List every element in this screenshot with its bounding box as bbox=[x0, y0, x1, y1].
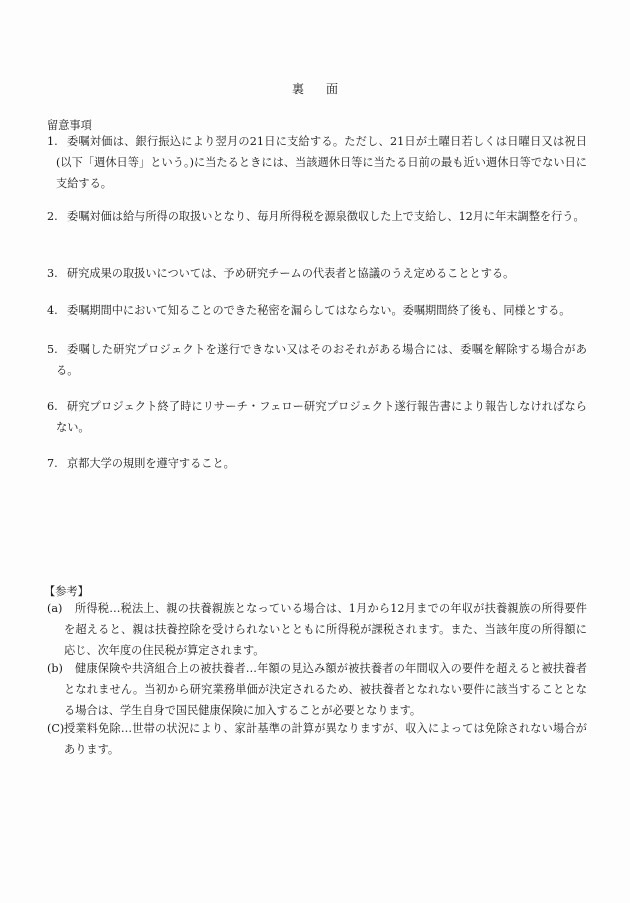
reference-item-b: (b) 健康保険や共済組合上の被扶養者…年額の見込み額が被扶養者の年間収入の要件… bbox=[47, 658, 587, 721]
note-item-5: 5. 委嘱した研究プロジェクトを遂行できない又はそのおそれがある場合には、委嘱を… bbox=[47, 339, 587, 381]
reference-item-a: (a) 所得税…税法上、親の扶養親族となっている場合は、1月から12月までの年収… bbox=[47, 598, 587, 661]
note-item-4: 4. 委嘱期間中において知ることのできた秘密を漏らしてはならない。委嘱期間終了後… bbox=[47, 300, 587, 321]
document-page: 裏面 留意事項 1. 委嘱対価は、銀行振込により翌月の21日に支給する。ただし、… bbox=[0, 0, 630, 903]
note-number: 4. bbox=[47, 300, 58, 321]
note-number: 2. bbox=[47, 206, 58, 227]
note-text: 研究成果の取扱いについては、予め研究チームの代表者と協議のうえ定めることとする。 bbox=[47, 263, 587, 284]
reference-item-c: (C) 授業料免除…世帯の状況により、家計基準の計算が異なりますが、収入によって… bbox=[47, 718, 587, 760]
reference-text: 健康保険や共済組合上の被扶養者…年額の見込み額が被扶養者の年間収入の要件を超える… bbox=[47, 658, 587, 721]
note-item-7: 7. 京都大学の規則を遵守すること。 bbox=[47, 453, 587, 474]
note-text: 委嘱した研究プロジェクトを遂行できない又はそのおそれがある場合には、委嘱を解除す… bbox=[47, 339, 587, 381]
reference-heading: 【参考】 bbox=[44, 583, 89, 599]
reference-label: (b) bbox=[47, 658, 63, 679]
reference-text: 所得税…税法上、親の扶養親族となっている場合は、1月から12月までの年収が扶養親… bbox=[47, 598, 587, 661]
reference-label: (a) bbox=[47, 598, 62, 619]
note-text: 委嘱対価は、銀行振込により翌月の21日に支給する。ただし、21日が土曜日若しくは… bbox=[47, 131, 587, 194]
note-text: 研究プロジェクト終了時にリサーチ・フェロー研究プロジェクト遂行報告書により報告し… bbox=[47, 396, 587, 438]
note-number: 5. bbox=[47, 339, 58, 360]
note-text: 京都大学の規則を遵守すること。 bbox=[47, 453, 587, 474]
note-number: 6. bbox=[47, 396, 58, 417]
note-item-3: 3. 研究成果の取扱いについては、予め研究チームの代表者と協議のうえ定めることと… bbox=[47, 263, 587, 284]
reference-label: (C) bbox=[47, 718, 64, 739]
note-text: 委嘱期間中において知ることのできた秘密を漏らしてはならない。委嘱期間終了後も、同… bbox=[47, 300, 587, 321]
note-item-1: 1. 委嘱対価は、銀行振込により翌月の21日に支給する。ただし、21日が土曜日若… bbox=[47, 131, 587, 194]
note-number: 1. bbox=[47, 131, 58, 152]
page-title: 裏面 bbox=[0, 80, 630, 97]
note-number: 3. bbox=[47, 263, 58, 284]
note-text: 委嘱対価は給与所得の取扱いとなり、毎月所得税を源泉徴収した上で支給し、12月に年… bbox=[47, 206, 587, 227]
reference-text: 授業料免除…世帯の状況により、家計基準の計算が異なりますが、収入によっては免除さ… bbox=[47, 718, 587, 760]
note-number: 7. bbox=[47, 453, 58, 474]
note-item-6: 6. 研究プロジェクト終了時にリサーチ・フェロー研究プロジェクト遂行報告書により… bbox=[47, 396, 587, 438]
note-item-2: 2. 委嘱対価は給与所得の取扱いとなり、毎月所得税を源泉徴収した上で支給し、12… bbox=[47, 206, 587, 227]
